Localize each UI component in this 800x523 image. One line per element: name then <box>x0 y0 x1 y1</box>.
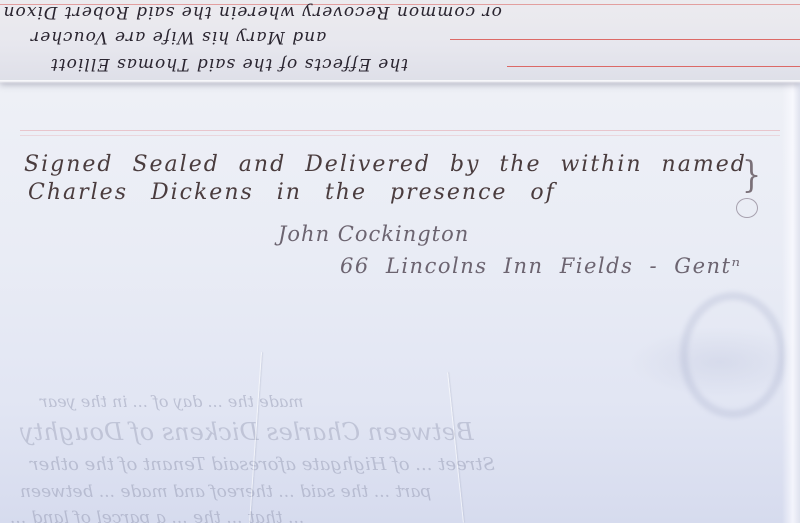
folded-flap: the Effects of the said Thomas Elliott a… <box>0 0 800 82</box>
seal-loop-icon <box>736 198 758 218</box>
attestation-line-1: Signed Sealed and Delivered by the withi… <box>24 152 747 177</box>
paper-crease <box>447 372 464 522</box>
attestation-line-2: Charles Dickens in the presence of <box>28 180 556 205</box>
show-through-text: part ... the said ... thereof and made .… <box>20 482 431 502</box>
show-through-text: made the ... day of ... in the year <box>40 392 304 411</box>
seal-impression <box>680 292 786 418</box>
brace-glyph: } <box>742 155 761 197</box>
red-ruled-line <box>507 66 800 67</box>
show-through-text: Street ... of Highgate aforesaid Tenant … <box>30 454 495 475</box>
flap-text-line: and Mary his Wife are Voucher <box>30 27 326 47</box>
show-through-text: ... that ... the ... a parcel of land ..… <box>10 508 304 523</box>
sheet-right-edge <box>782 82 800 523</box>
red-ruled-line <box>450 39 800 40</box>
document-photo: the Effects of the said Thomas Elliott a… <box>0 0 800 523</box>
flap-inverted-content: the Effects of the said Thomas Elliott a… <box>0 0 800 82</box>
flap-fold-edge <box>0 80 800 84</box>
flap-text-line: the Effects of the said Thomas Elliott <box>50 54 408 74</box>
show-through-text: Between Charles Dickens of Doughty <box>20 418 474 446</box>
flap-text-line: or common Recovery wherein the said Robe… <box>0 2 502 22</box>
faint-red-rule <box>20 130 780 131</box>
document-sheet: made the ... day of ... in the year Betw… <box>0 82 800 523</box>
faint-red-rule <box>20 135 780 136</box>
witness-signature: John Cockington <box>278 222 469 246</box>
witness-address: 66 Lincolns Inn Fields - Gentⁿ <box>340 254 741 278</box>
